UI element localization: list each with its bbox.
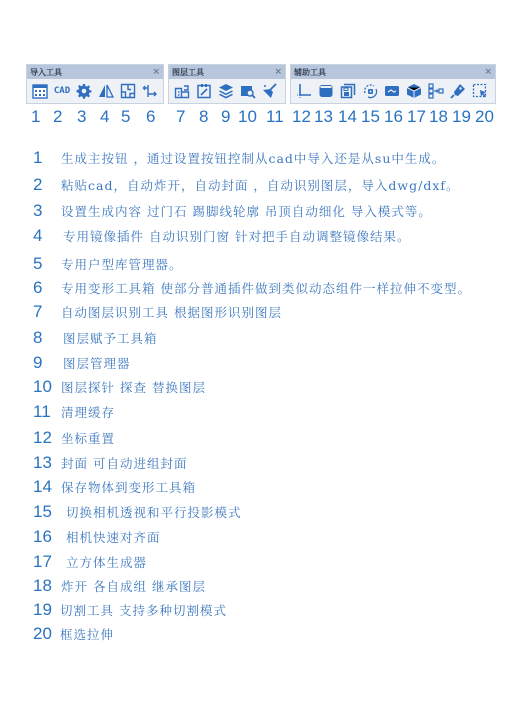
cube-generator-button[interactable] [403, 81, 425, 101]
icon-number: 20 [475, 107, 494, 127]
knife-icon [450, 83, 466, 99]
icon-number: 14 [338, 107, 357, 127]
icon-number: 11 [266, 107, 284, 127]
list-item: 6专用变形工具箱 使部分普通插件做到类似动态组件一样拉伸不变型。 [33, 278, 471, 298]
icon-number: 10 [238, 107, 257, 127]
panel-title-bar[interactable]: 导入工具 × [27, 65, 163, 79]
broom-clean-icon [262, 83, 278, 99]
icon-number: 9 [221, 107, 230, 127]
box-select-icon [472, 83, 488, 99]
list-item: 11清理缓存 [33, 402, 115, 422]
auto-layer-button[interactable] [171, 81, 193, 101]
seal-face-button[interactable] [315, 81, 337, 101]
list-item: 19切割工具 支持多种切割模式 [33, 600, 227, 620]
icon-number: 1 [31, 107, 40, 127]
camera-align-button[interactable] [381, 81, 403, 101]
list-item: 14保存物体到变形工具箱 [33, 477, 196, 497]
layer-probe-icon [240, 83, 256, 99]
list-item: 13封面 可自动进组封面 [33, 453, 187, 473]
icon-number-labels: 1 2 3 4 5 6 7 8 9 10 11 12 13 14 15 16 1… [0, 107, 512, 129]
icon-number: 6 [146, 107, 155, 127]
icon-number: 13 [314, 107, 333, 127]
close-icon[interactable]: × [152, 67, 160, 77]
list-item: 2粘贴cad，自动炸开，自动封面 ，自动识别图层，导入dwg/dxf。 [33, 175, 460, 195]
gear-icon [76, 83, 92, 99]
icon-number: 4 [100, 107, 109, 127]
list-item: 9图层管理器 [33, 353, 131, 373]
list-item: 1生成主按钮 ，通过设置按钮控制从cad中导入还是从su中生成。 [33, 148, 445, 168]
layer-manager-button[interactable] [215, 81, 237, 101]
layer-auto-icon [174, 83, 190, 99]
box-select-stretch-button[interactable] [469, 81, 491, 101]
panel-title-bar[interactable]: 图层工具 × [169, 65, 285, 79]
icon-number: 17 [407, 107, 426, 127]
icon-number: 12 [292, 107, 311, 127]
list-item: 16相机快速对齐面 [33, 527, 161, 547]
panel-title-bar[interactable]: 辅助工具 × [291, 65, 495, 79]
list-item: 10图层探针 探查 替换图层 [33, 377, 206, 397]
helper-tools-panel: 辅助工具 × [290, 64, 496, 104]
axes-icon [296, 83, 312, 99]
layer-assign-icon [196, 83, 212, 99]
list-item: 8图层赋予工具箱 [33, 328, 158, 348]
list-item: 15切换相机透视和平行投影模式 [33, 502, 242, 522]
paste-cad-button[interactable]: CAD [51, 81, 73, 101]
camera-rotate-icon [362, 83, 378, 99]
icon-number: 15 [361, 107, 380, 127]
save-icon [340, 83, 356, 99]
mirror-button[interactable] [95, 81, 117, 101]
reset-axes-button[interactable] [293, 81, 315, 101]
icon-number: 8 [199, 107, 208, 127]
layers-icon [218, 83, 234, 99]
list-item: 17立方体生成器 [33, 552, 147, 572]
icon-number: 16 [384, 107, 403, 127]
cube-icon [406, 83, 422, 99]
import-tools-panel: 导入工具 × CAD [26, 64, 164, 104]
layer-tools-panel: 图层工具 × [168, 64, 286, 104]
generate-main-button[interactable] [29, 81, 51, 101]
list-item: 7自动图层识别工具 根据图形识别图层 [33, 302, 282, 322]
panel-title: 导入工具 [30, 67, 62, 78]
panel-title: 辅助工具 [294, 67, 326, 78]
icon-number: 3 [77, 107, 86, 127]
settings-button[interactable] [73, 81, 95, 101]
list-item: 5专用户型库管理器。 [33, 254, 183, 274]
mirror-icon [98, 83, 114, 99]
save-to-toolbox-button[interactable] [337, 81, 359, 101]
camera-projection-toggle-button[interactable] [359, 81, 381, 101]
floorplan-icon [120, 83, 136, 99]
explode-icon [428, 83, 444, 99]
cut-tool-button[interactable] [447, 81, 469, 101]
list-item: 12坐标重置 [33, 428, 115, 448]
cad-text-icon: CAD [54, 86, 70, 96]
close-icon[interactable]: × [484, 67, 492, 77]
icon-number: 5 [121, 107, 130, 127]
icon-number: 2 [53, 107, 62, 127]
panel-title: 图层工具 [172, 67, 204, 78]
icon-number: 19 [452, 107, 471, 127]
camera-align-icon [384, 83, 400, 99]
calendar-grid-icon [32, 83, 48, 99]
list-item: 18炸开 各自成组 继承图层 [33, 576, 206, 596]
list-item: 4专用镜像插件 自动识别门窗 针对把手自动调整镜像结果。 [33, 226, 410, 246]
clear-cache-button[interactable] [259, 81, 281, 101]
list-item: 3设置生成内容 过门石 踢脚线轮廓 吊顶自动细化 导入模式等。 [33, 201, 432, 221]
explode-group-button[interactable] [425, 81, 447, 101]
list-item: 20框选拉伸 [33, 624, 114, 644]
layer-probe-button[interactable] [237, 81, 259, 101]
close-icon[interactable]: × [274, 67, 282, 77]
layer-assign-button[interactable] [193, 81, 215, 101]
floorplan-library-button[interactable] [117, 81, 139, 101]
icon-number: 18 [429, 107, 448, 127]
transform-arrows-icon [142, 83, 158, 99]
icon-number: 7 [176, 107, 185, 127]
seal-face-icon [318, 83, 334, 99]
transform-toolbox-button[interactable] [139, 81, 161, 101]
